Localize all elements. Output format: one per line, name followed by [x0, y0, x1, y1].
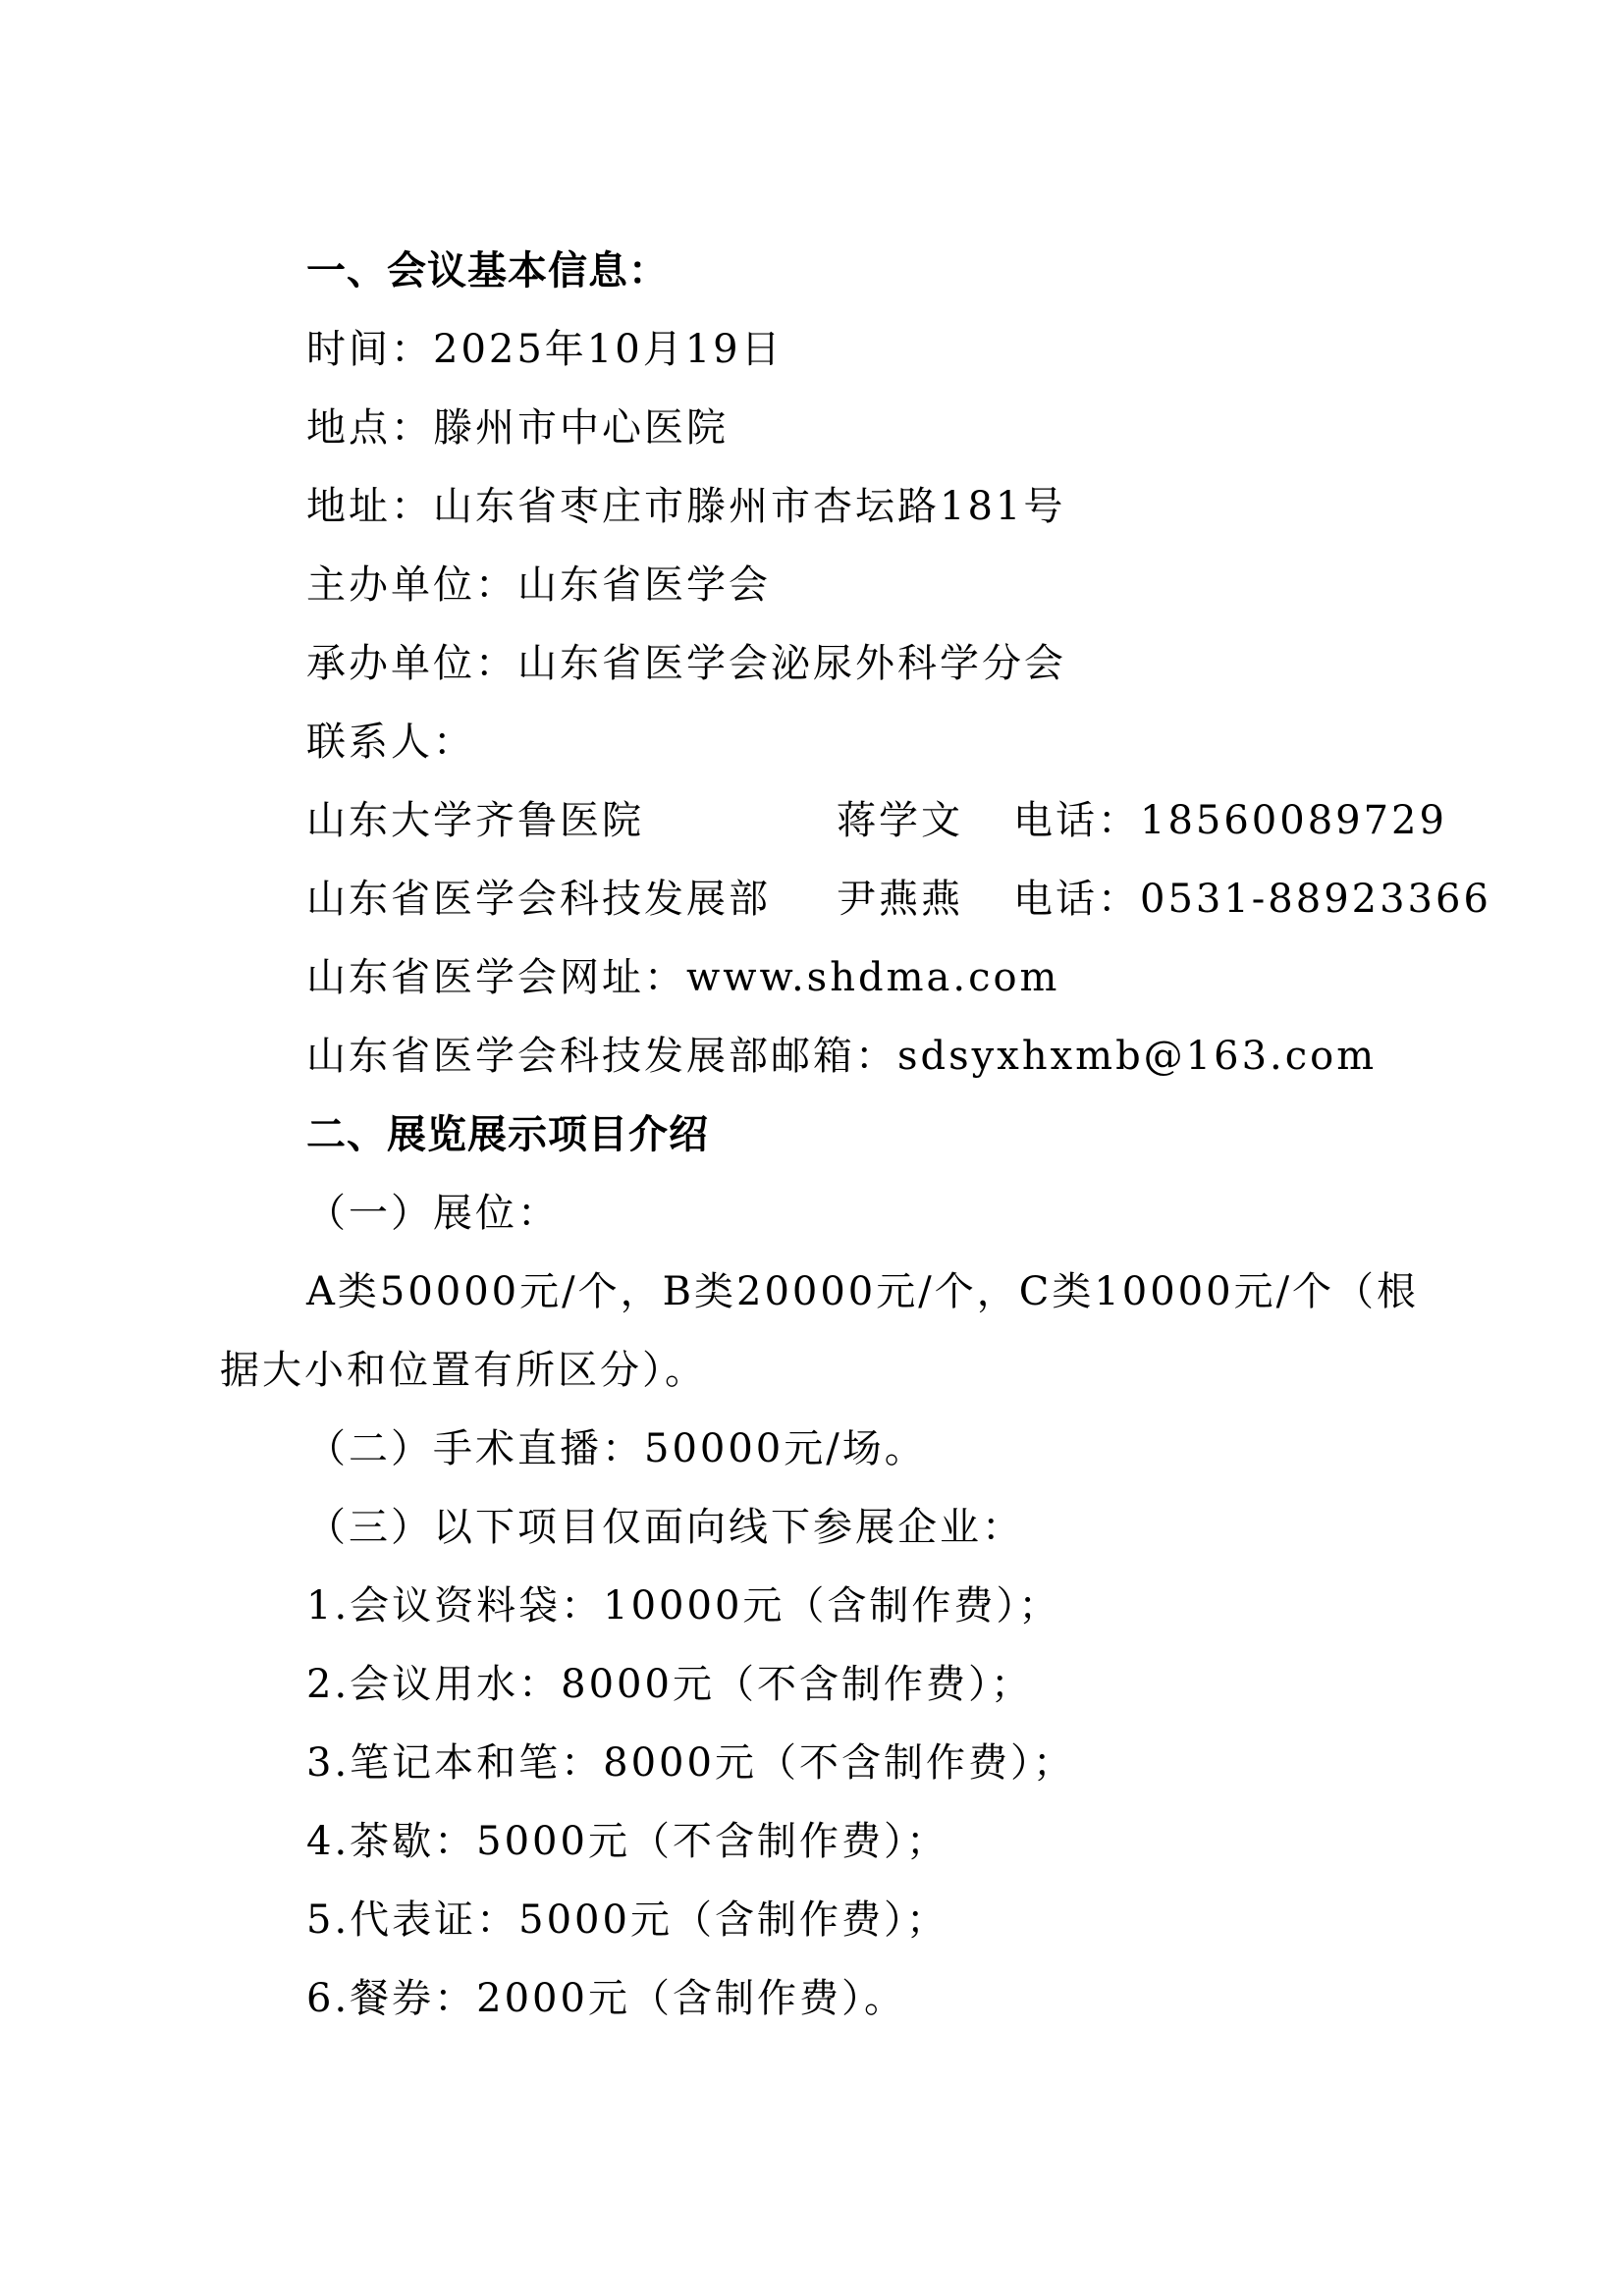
list-item: 2.会议用水：8000元（不含制作费）；	[306, 1657, 1033, 1712]
contact-org: 山东大学齐鲁医院	[306, 793, 644, 848]
booth-heading: （一）展位：	[306, 1186, 560, 1241]
meeting-location: 地点：滕州市中心医院	[306, 400, 729, 455]
contact-row: 山东省医学会科技发展部 尹燕燕 电话：0531-88923366	[306, 872, 1435, 927]
contact-label: 联系人：	[306, 715, 475, 770]
document-page: 一、会议基本信息： 时间：2025年10月19日 地点：滕州市中心医院 地址：山…	[0, 0, 1624, 2296]
section2-heading: 二、展览展示项目介绍	[306, 1107, 709, 1162]
contact-org: 山东省医学会科技发展部	[306, 872, 771, 927]
list-item: 5.代表证：5000元（含制作费）；	[306, 1893, 948, 1948]
section1-heading: 一、会议基本信息：	[306, 243, 669, 298]
contact-name: 尹燕燕	[837, 872, 963, 927]
list-item: 4.茶歇：5000元（不含制作费）；	[306, 1814, 948, 1869]
website-line: 山东省医学会网址：www.shdma.com	[306, 950, 1059, 1005]
list-item: 1.会议资料袋：10000元（含制作费）；	[306, 1578, 1060, 1633]
list-item: 3.笔记本和笔：8000元（不含制作费）；	[306, 1735, 1075, 1790]
email-line: 山东省医学会科技发展部邮箱：sdsyxhxmb@163.com	[306, 1029, 1377, 1084]
list-item: 6.餐券：2000元（含制作费）。	[306, 1971, 906, 2026]
booth-pricing-cont: 据大小和位置有所区分）。	[220, 1343, 707, 1398]
contact-name: 蒋学文	[837, 793, 963, 848]
surgery-live: （二）手术直播：50000元/场。	[306, 1421, 927, 1476]
organizer: 主办单位：山东省医学会	[306, 558, 771, 613]
meeting-address: 地址：山东省枣庄市滕州市杏坛路181号	[306, 479, 1065, 534]
offline-heading: （三）以下项目仅面向线下参展企业：	[306, 1500, 1024, 1555]
contact-phone: 电话：18560089729	[1013, 793, 1447, 848]
co-organizer: 承办单位：山东省医学会泌尿外科学分会	[306, 636, 1066, 691]
contact-phone: 电话：0531-88923366	[1013, 872, 1491, 927]
contact-row: 山东大学齐鲁医院 蒋学文 电话：18560089729	[306, 793, 1435, 848]
booth-pricing: A类50000元/个，B类20000元/个，C类10000元/个（根	[306, 1264, 1419, 1319]
meeting-time: 时间：2025年10月19日	[306, 322, 784, 377]
